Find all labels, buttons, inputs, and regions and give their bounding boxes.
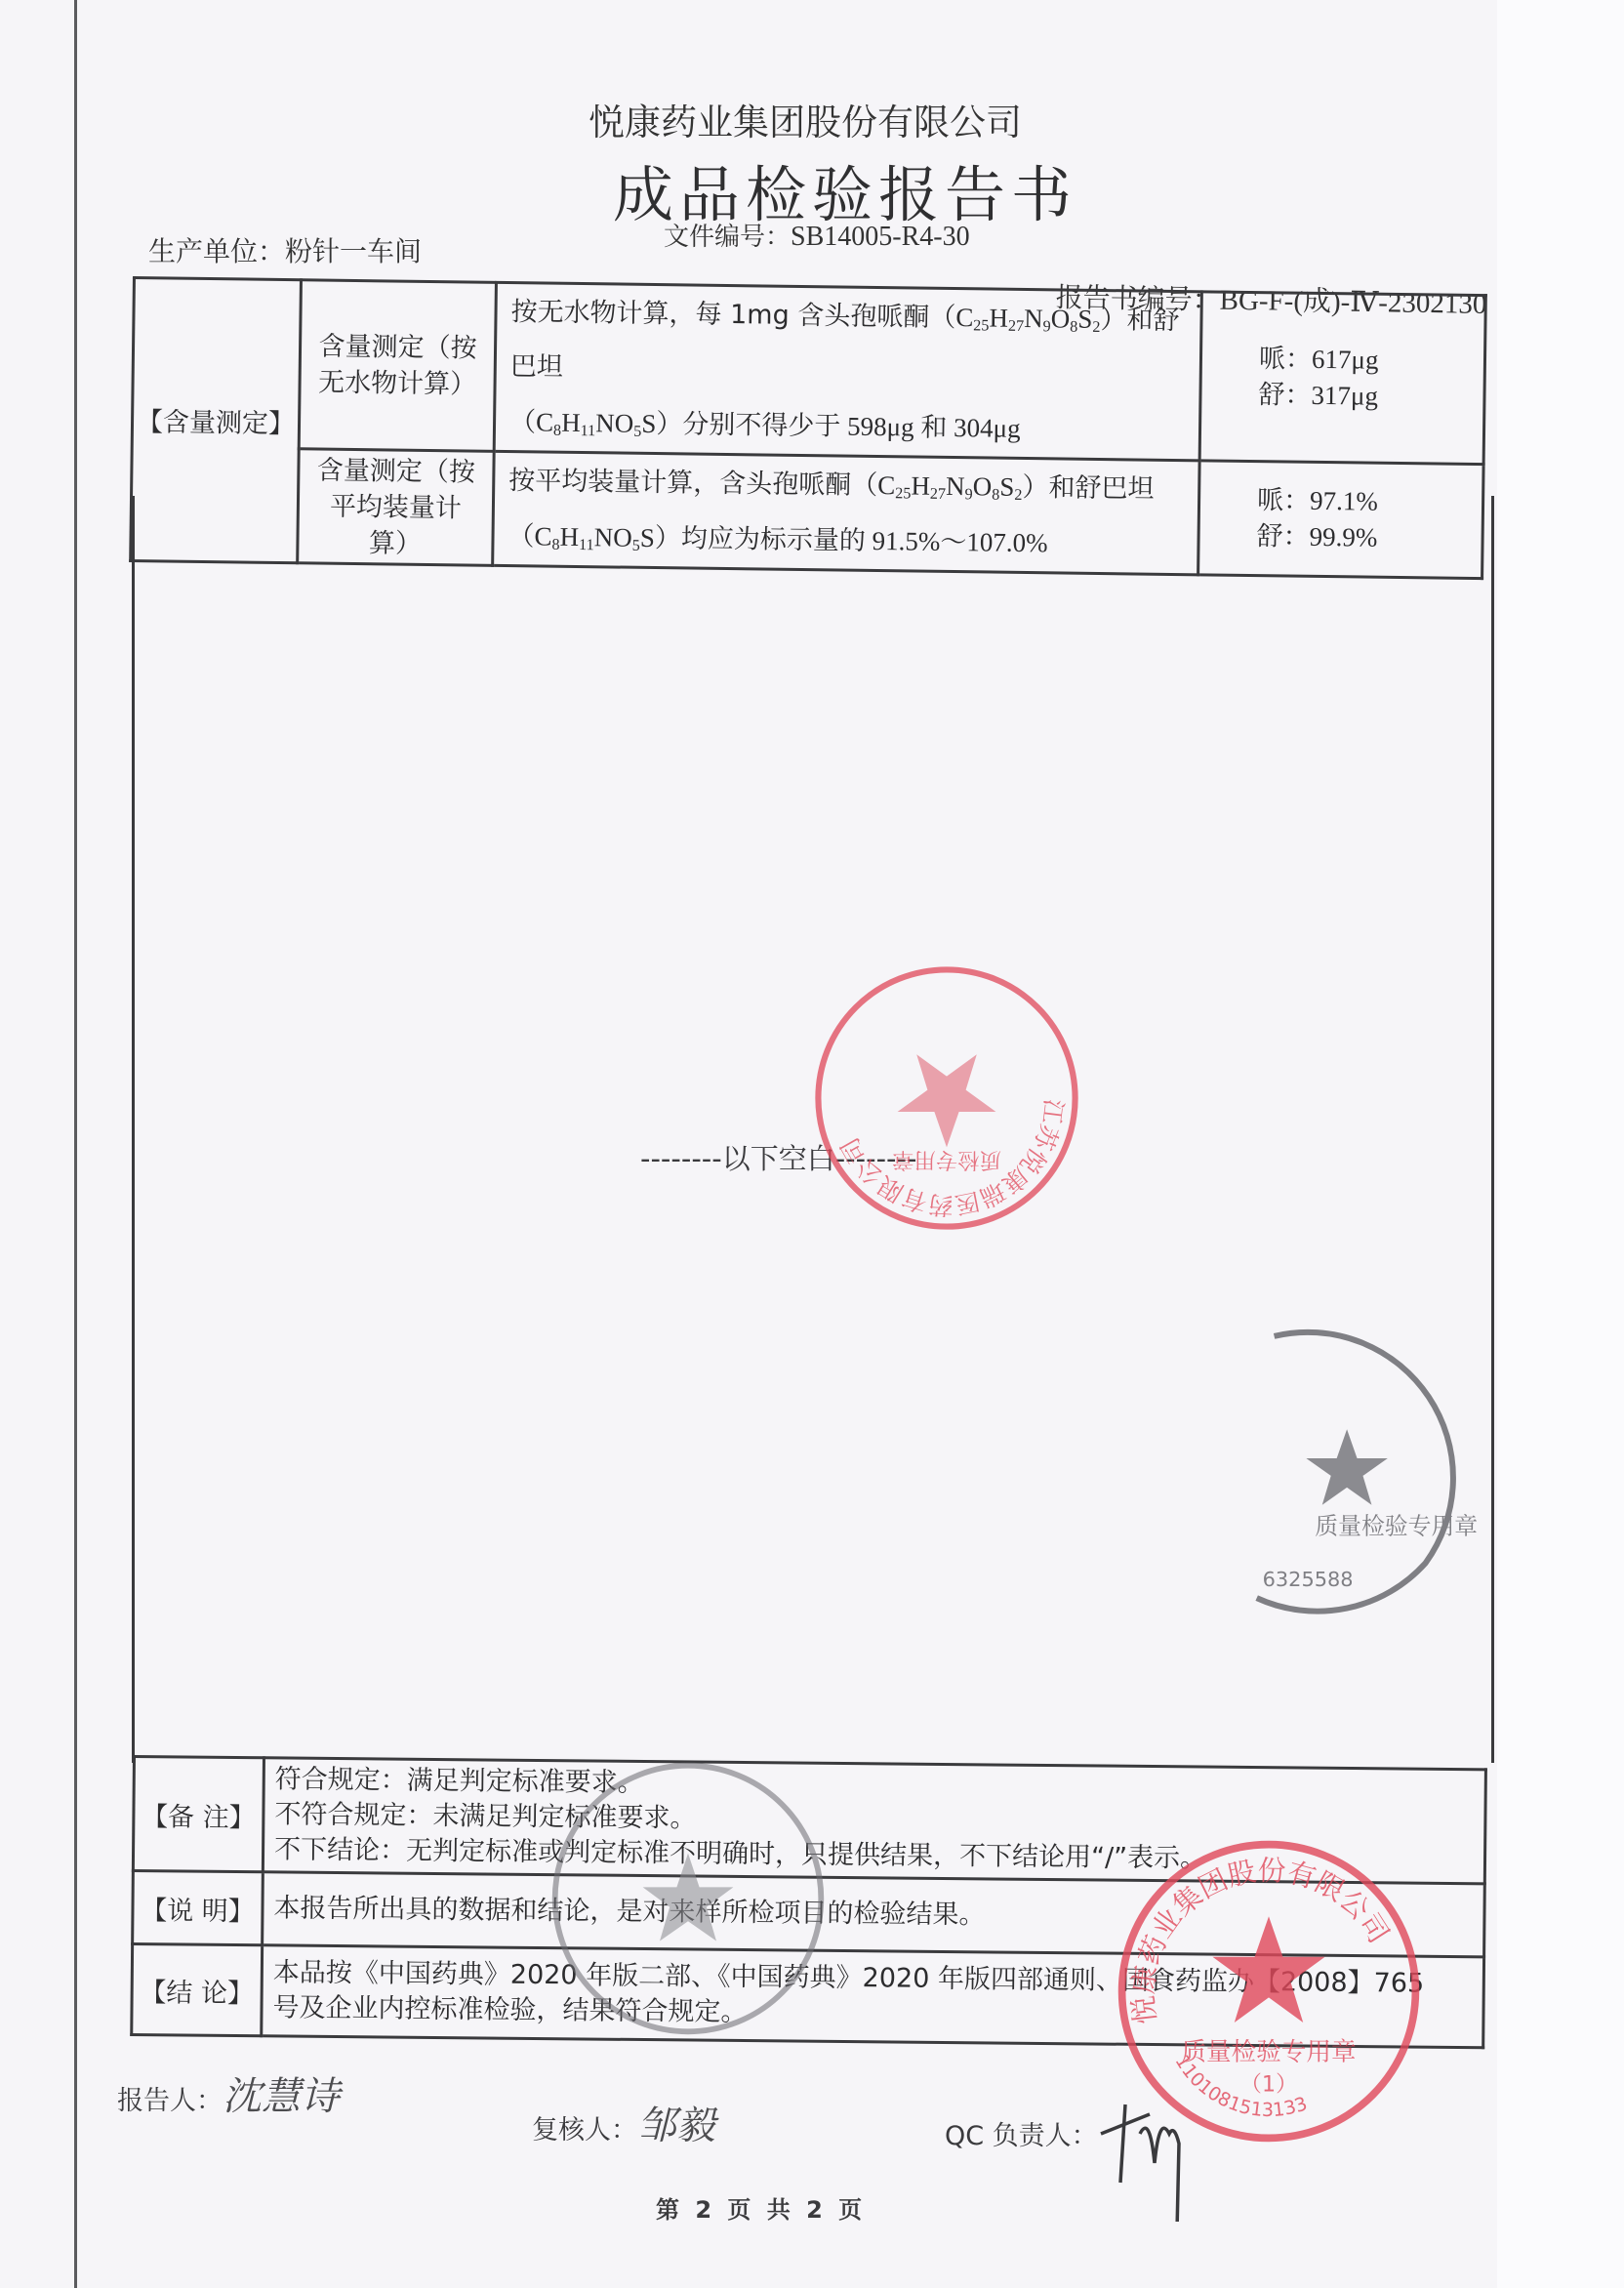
grey-inspection-stamp-icon: 质量检验专用章 6325588 bbox=[1244, 1313, 1479, 1615]
reporter-signature-ink: 沈慧诗 bbox=[223, 2074, 340, 2119]
reviewer-signature: 复核人：邹毅 bbox=[532, 2095, 715, 2150]
svg-text:（1）: （1） bbox=[1239, 2071, 1297, 2097]
red-quality-stamp-icon: 悦康药业集团股份有限公司 质量检验专用章 （1） 1101081513133 bbox=[1113, 1835, 1425, 2147]
reporter-signature: 报告人：沈慧诗 bbox=[117, 2065, 340, 2121]
production-unit: 生产单位：粉针一车间 bbox=[148, 230, 422, 269]
reviewer-label: 复核人： bbox=[532, 2115, 637, 2145]
assay-result: 哌：617μg 舒：317μg bbox=[1199, 292, 1485, 465]
item-line: 含量测定（按 bbox=[302, 328, 494, 367]
page-number: 第 2 页 共 2 页 bbox=[656, 2190, 866, 2225]
standard-line: （C8H11NO5S）分别不得少于 598μg 和 304μg bbox=[509, 394, 1199, 459]
svg-text:质量检验专用章: 质量检验专用章 bbox=[1181, 2037, 1356, 2066]
conclusion-label: 【结 论】 bbox=[132, 1944, 263, 2036]
text: （ bbox=[509, 407, 536, 437]
svg-text:质检专用章: 质检专用章 bbox=[892, 1147, 1001, 1172]
text: 按无水物计算，每 1mg 含头孢哌酮（ bbox=[510, 297, 955, 333]
qc-label: QC 负责人： bbox=[945, 2121, 1098, 2151]
file-number-label: 文件编号： bbox=[664, 223, 791, 252]
production-unit-label: 生产单位： bbox=[148, 235, 285, 267]
file-number: 文件编号：SB14005-R4-30 bbox=[664, 217, 970, 253]
svg-text:6325588: 6325588 bbox=[1263, 1568, 1354, 1591]
formula: C8H11NO5S bbox=[536, 407, 657, 438]
text: ）分别不得少于 598μg 和 304μg bbox=[656, 409, 1021, 443]
file-number-value: SB14005-R4-30 bbox=[791, 222, 970, 252]
reviewer-signature-ink: 邹毅 bbox=[637, 2104, 715, 2148]
svg-text:质量检验专用章: 质量检验专用章 bbox=[1315, 1513, 1478, 1540]
result-line: 舒：317μg bbox=[1258, 377, 1482, 416]
item-line: 无水物计算） bbox=[301, 364, 493, 403]
page-edge-line bbox=[74, 0, 77, 2288]
remark-label: 【备 注】 bbox=[133, 1757, 264, 1872]
scan-margin bbox=[1497, 0, 1624, 2288]
assay-item: 含量测定（按 无水物计算） bbox=[299, 280, 496, 452]
formula: C25H27N9O8S2 bbox=[955, 303, 1101, 334]
production-unit-value: 粉针一车间 bbox=[285, 235, 422, 267]
reporter-label: 报告人： bbox=[117, 2086, 223, 2116]
qc-signature: QC 负责人： bbox=[945, 2114, 1098, 2152]
table-row: 【含量测定】 含量测定（按 无水物计算） 按无水物计算，每 1mg 含头孢哌酮（… bbox=[132, 278, 1485, 465]
result-line: 哌：617μg bbox=[1259, 341, 1483, 380]
description-label: 【说 明】 bbox=[133, 1871, 264, 1945]
standard-line: 按无水物计算，每 1mg 含头孢哌酮（C25H27N9O8S2）和舒巴坦 bbox=[509, 284, 1199, 403]
company-name: 悦康药业集团股份有限公司 bbox=[589, 93, 1022, 145]
assay-standard: 按无水物计算，每 1mg 含头孢哌酮（C25H27N9O8S2）和舒巴坦 （C8… bbox=[494, 282, 1201, 460]
red-inspection-stamp-icon: 江苏悦康瑞医药有限公司 质检专用章 bbox=[810, 961, 1083, 1235]
grey-overlap-stamp-icon bbox=[547, 1752, 830, 2045]
item-line: 含量测定（按 bbox=[300, 452, 492, 491]
